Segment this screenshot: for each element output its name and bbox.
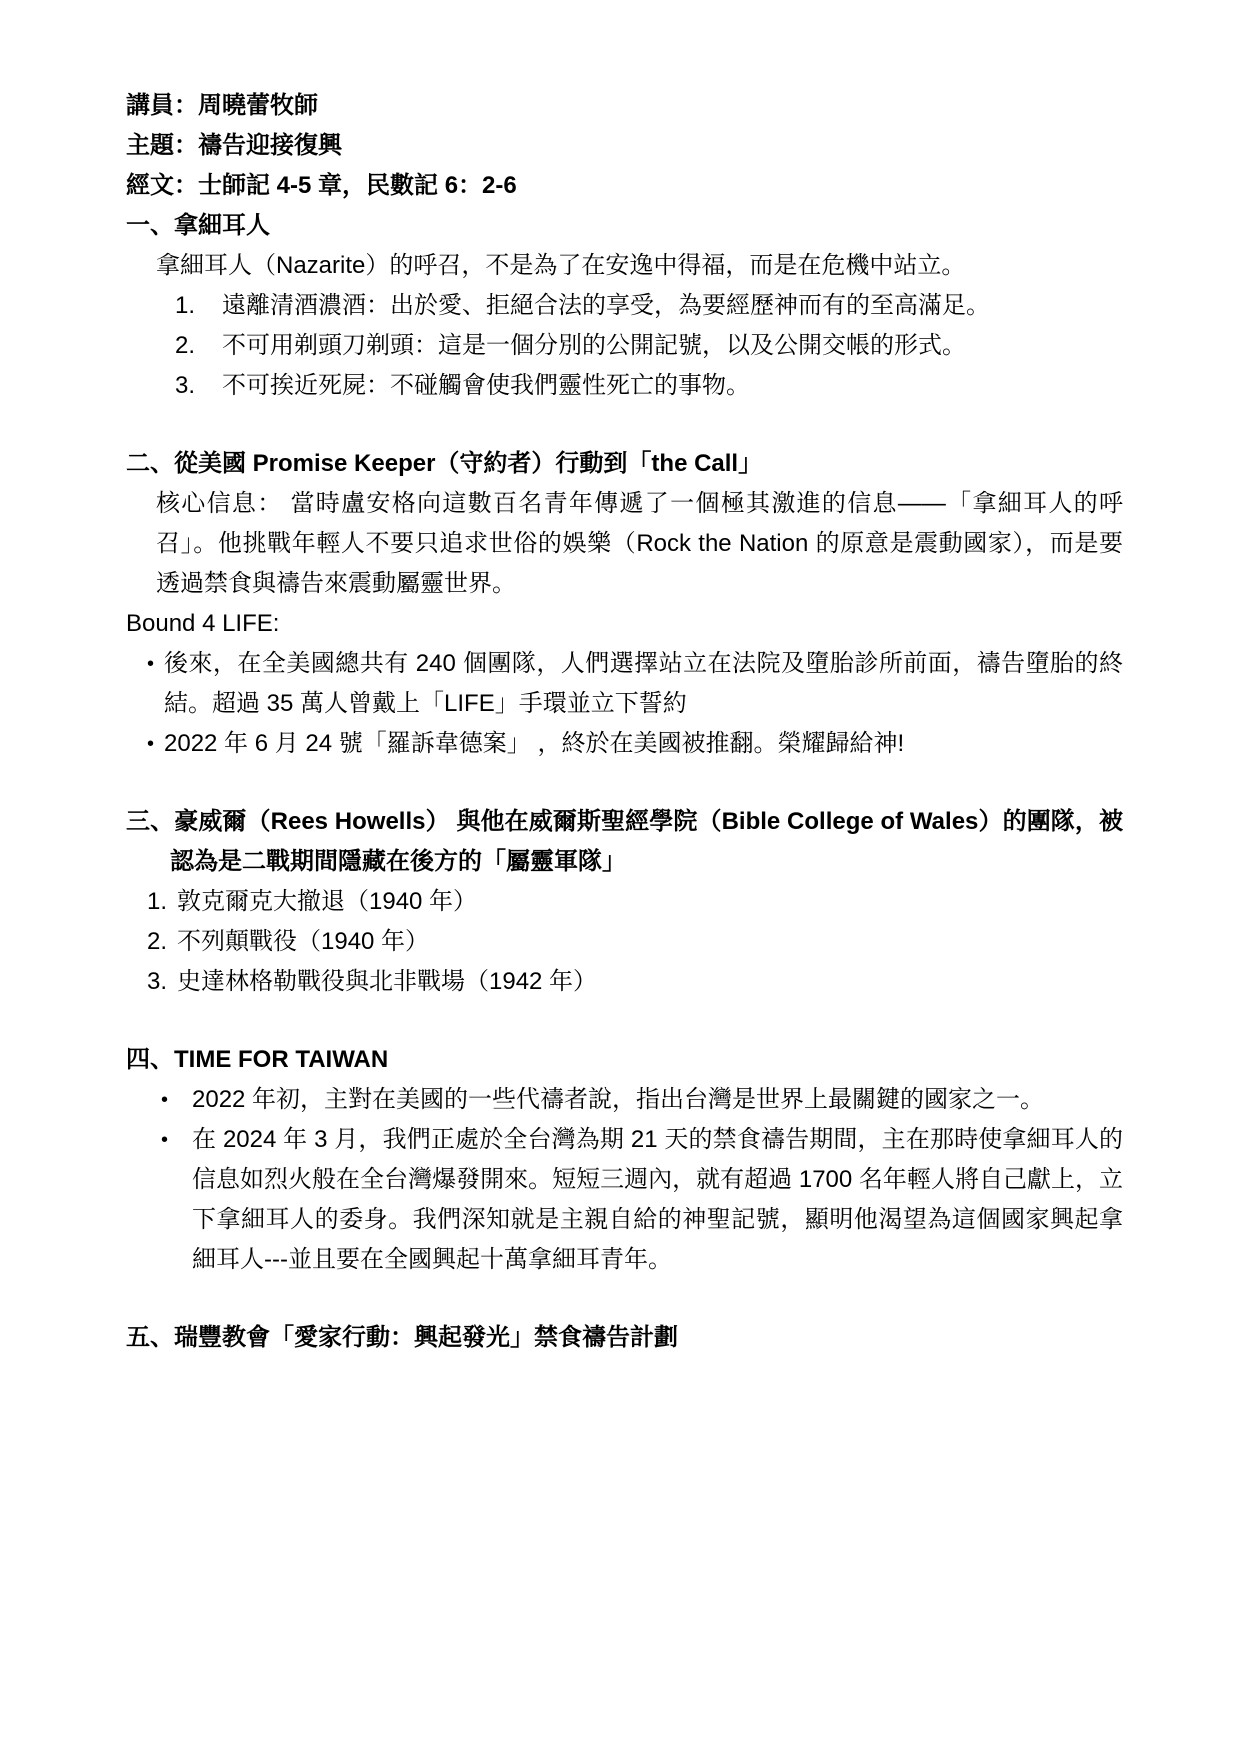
bullet-icon: •	[147, 724, 154, 764]
bullet-item: • 後來，在全美國總共有 240 個團隊，人們選擇站立在法院及墮胎診所前面，禱告…	[126, 644, 1123, 724]
section-church-plan: 五、瑞豐教會「愛家行動：興起發光」禁食禱告計劃	[126, 1318, 1123, 1358]
section-number: 一、	[126, 212, 174, 239]
section-heading: 三、豪威爾（Rees Howells） 與他在威爾斯聖經學院（Bible Col…	[126, 802, 1123, 882]
section-nazirite: 一、拿細耳人 拿細耳人（Nazarite）的呼召，不是為了在安逸中得福，而是在危…	[126, 206, 1123, 406]
item-text: 不列顛戰役（1940 年）	[177, 928, 429, 955]
scripture-line: 經文：士師記 4-5 章，民數記 6：2-6	[126, 166, 1123, 206]
section-heading: 五、瑞豐教會「愛家行動：興起發光」禁食禱告計劃	[126, 1318, 1123, 1358]
bullet-list: • 2022 年初，主對在美國的一些代禱者說，指出台灣是世界上最關鍵的國家之一。…	[126, 1080, 1123, 1280]
section-heading: 一、拿細耳人	[126, 206, 1123, 246]
section-number: 三、	[126, 808, 174, 835]
section-title: 瑞豐教會「愛家行動：興起發光」禁食禱告計劃	[174, 1324, 678, 1351]
section-promise-keeper: 二、從美國 Promise Keeper（守約者）行動到「the Call」 核…	[126, 444, 1123, 764]
section-title: 從美國 Promise Keeper（守約者）行動到「the Call」	[174, 450, 762, 477]
section-number: 四、	[126, 1046, 174, 1073]
item-number: 1.	[147, 882, 167, 922]
list-item: 1. 遠離清酒濃酒：出於愛、拒絕合法的享受，為要經歷神而有的至高滿足。	[126, 286, 1123, 326]
speaker-line: 講員：周曉蕾牧師	[126, 86, 1123, 126]
document-header: 講員：周曉蕾牧師 主題：禱告迎接復興 經文：士師記 4-5 章，民數記 6：2-…	[126, 86, 1123, 206]
bullet-text: 2022 年 6 月 24 號「羅訴韋德案」 ，終於在美國被推翻。榮耀歸給神!	[164, 730, 904, 757]
bullet-list: • 後來，在全美國總共有 240 個團隊，人們選擇站立在法院及墮胎診所前面，禱告…	[126, 644, 1123, 764]
item-number: 1.	[175, 286, 195, 326]
section-title: 拿細耳人	[174, 212, 270, 239]
item-number: 3.	[175, 366, 195, 406]
item-text: 敦克爾克大撤退（1940 年）	[177, 888, 477, 915]
numbered-list: 1. 遠離清酒濃酒：出於愛、拒絕合法的享受，為要經歷神而有的至高滿足。 2. 不…	[126, 286, 1123, 406]
item-text: 不可用剃頭刀剃頭：這是一個分別的公開記號，以及公開交帳的形式。	[222, 332, 966, 359]
section-rees-howells: 三、豪威爾（Rees Howells） 與他在威爾斯聖經學院（Bible Col…	[126, 802, 1123, 1002]
bullet-text: 在 2024 年 3 月，我們正處於全台灣為期 21 天的禁食禱告期間，主在那時…	[192, 1126, 1123, 1273]
document-page: 講員：周曉蕾牧師 主題：禱告迎接復興 經文：士師記 4-5 章，民數記 6：2-…	[0, 0, 1241, 1755]
section-heading: 四、TIME FOR TAIWAN	[126, 1040, 1123, 1080]
bullet-icon: •	[161, 1080, 168, 1120]
core-message-paragraph: 核心信息： 當時盧安格向這數百名青年傳遞了一個極其激進的信息——「拿細耳人的呼召…	[156, 484, 1123, 604]
list-item: 1. 敦克爾克大撤退（1940 年）	[126, 882, 1123, 922]
section-number: 二、	[126, 450, 174, 477]
topic-line: 主題：禱告迎接復興	[126, 126, 1123, 166]
item-text: 遠離清酒濃酒：出於愛、拒絕合法的享受，為要經歷神而有的至高滿足。	[222, 292, 990, 319]
item-number: 2.	[147, 922, 167, 962]
item-text: 史達林格勒戰役與北非戰場（1942 年）	[177, 968, 597, 995]
bullet-item: • 2022 年初，主對在美國的一些代禱者說，指出台灣是世界上最關鍵的國家之一。	[126, 1080, 1123, 1120]
bullet-icon: •	[161, 1120, 168, 1160]
section-heading: 二、從美國 Promise Keeper（守約者）行動到「the Call」	[126, 444, 1123, 484]
section-time-for-taiwan: 四、TIME FOR TAIWAN • 2022 年初，主對在美國的一些代禱者說…	[126, 1040, 1123, 1280]
item-number: 3.	[147, 962, 167, 1002]
subheading-bound4life: Bound 4 LIFE:	[126, 604, 1123, 644]
bullet-icon: •	[147, 644, 154, 684]
section-title: 豪威爾（Rees Howells） 與他在威爾斯聖經學院（Bible Colle…	[170, 808, 1123, 875]
list-item: 3. 不可挨近死屍：不碰觸會使我們靈性死亡的事物。	[126, 366, 1123, 406]
section-title: TIME FOR TAIWAN	[174, 1046, 388, 1073]
item-text: 不可挨近死屍：不碰觸會使我們靈性死亡的事物。	[222, 372, 750, 399]
section-number: 五、	[126, 1324, 174, 1351]
intro-paragraph: 拿細耳人（Nazarite）的呼召，不是為了在安逸中得福，而是在危機中站立。	[156, 246, 1123, 286]
bullet-text: 後來，在全美國總共有 240 個團隊，人們選擇站立在法院及墮胎診所前面，禱告墮胎…	[164, 650, 1123, 717]
numbered-list: 1. 敦克爾克大撤退（1940 年） 2. 不列顛戰役（1940 年） 3. 史…	[126, 882, 1123, 1002]
list-item: 2. 不可用剃頭刀剃頭：這是一個分別的公開記號，以及公開交帳的形式。	[126, 326, 1123, 366]
bullet-item: • 在 2024 年 3 月，我們正處於全台灣為期 21 天的禁食禱告期間，主在…	[126, 1120, 1123, 1280]
item-number: 2.	[175, 326, 195, 366]
list-item: 2. 不列顛戰役（1940 年）	[126, 922, 1123, 962]
bullet-item: • 2022 年 6 月 24 號「羅訴韋德案」 ，終於在美國被推翻。榮耀歸給神…	[126, 724, 1123, 764]
bullet-text: 2022 年初，主對在美國的一些代禱者說，指出台灣是世界上最關鍵的國家之一。	[192, 1086, 1044, 1113]
list-item: 3. 史達林格勒戰役與北非戰場（1942 年）	[126, 962, 1123, 1002]
